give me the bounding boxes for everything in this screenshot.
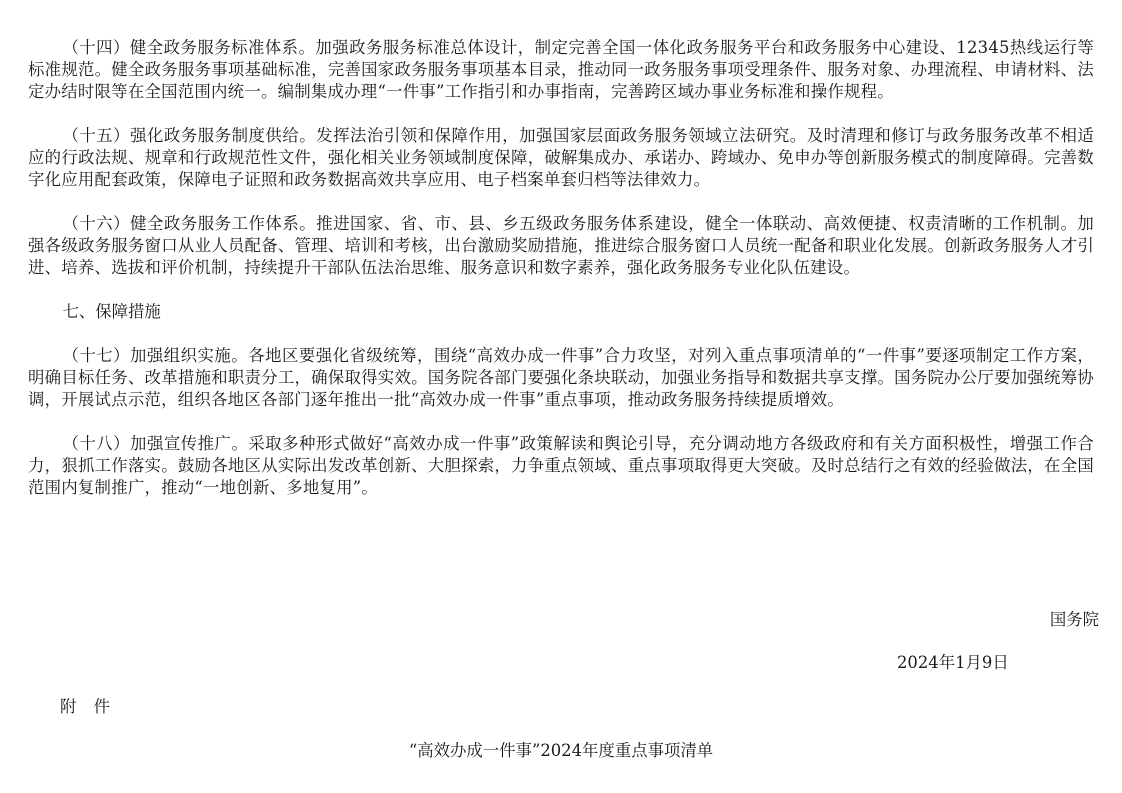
paragraph-18: （十八）加强宣传推广。采取多种形式做好“高效办成一件事”政策解读和舆论引导，充分… — [28, 433, 1094, 499]
paragraph-15: （十五）强化政务服务制度供给。发挥法治引领和保障作用，加强国家层面政务服务领域立… — [28, 125, 1094, 191]
paragraph-16: （十六）健全政务服务工作体系。推进国家、省、市、县、乡五级政务服务体系建设，健全… — [28, 213, 1094, 279]
signature-organization: 国务院 — [1050, 609, 1099, 631]
attachment-title: “高效办成一件事”2024年度重点事项清单 — [0, 740, 1122, 762]
signature-date: 2024年1月9日 — [897, 652, 1009, 674]
paragraph-14: （十四）健全政务服务标准体系。加强政务服务标准总体设计，制定完善全国一体化政务服… — [28, 37, 1094, 103]
section-heading-safeguards: 七、保障措施 — [28, 301, 1094, 323]
document-body: （十四）健全政务服务标准体系。加强政务服务标准总体设计，制定完善全国一体化政务服… — [28, 37, 1094, 521]
attachment-label: 附 件 — [60, 696, 116, 718]
paragraph-17: （十七）加强组织实施。各地区要强化省级统筹，围绕“高效办成一件事”合力攻坚，对列… — [28, 345, 1094, 411]
